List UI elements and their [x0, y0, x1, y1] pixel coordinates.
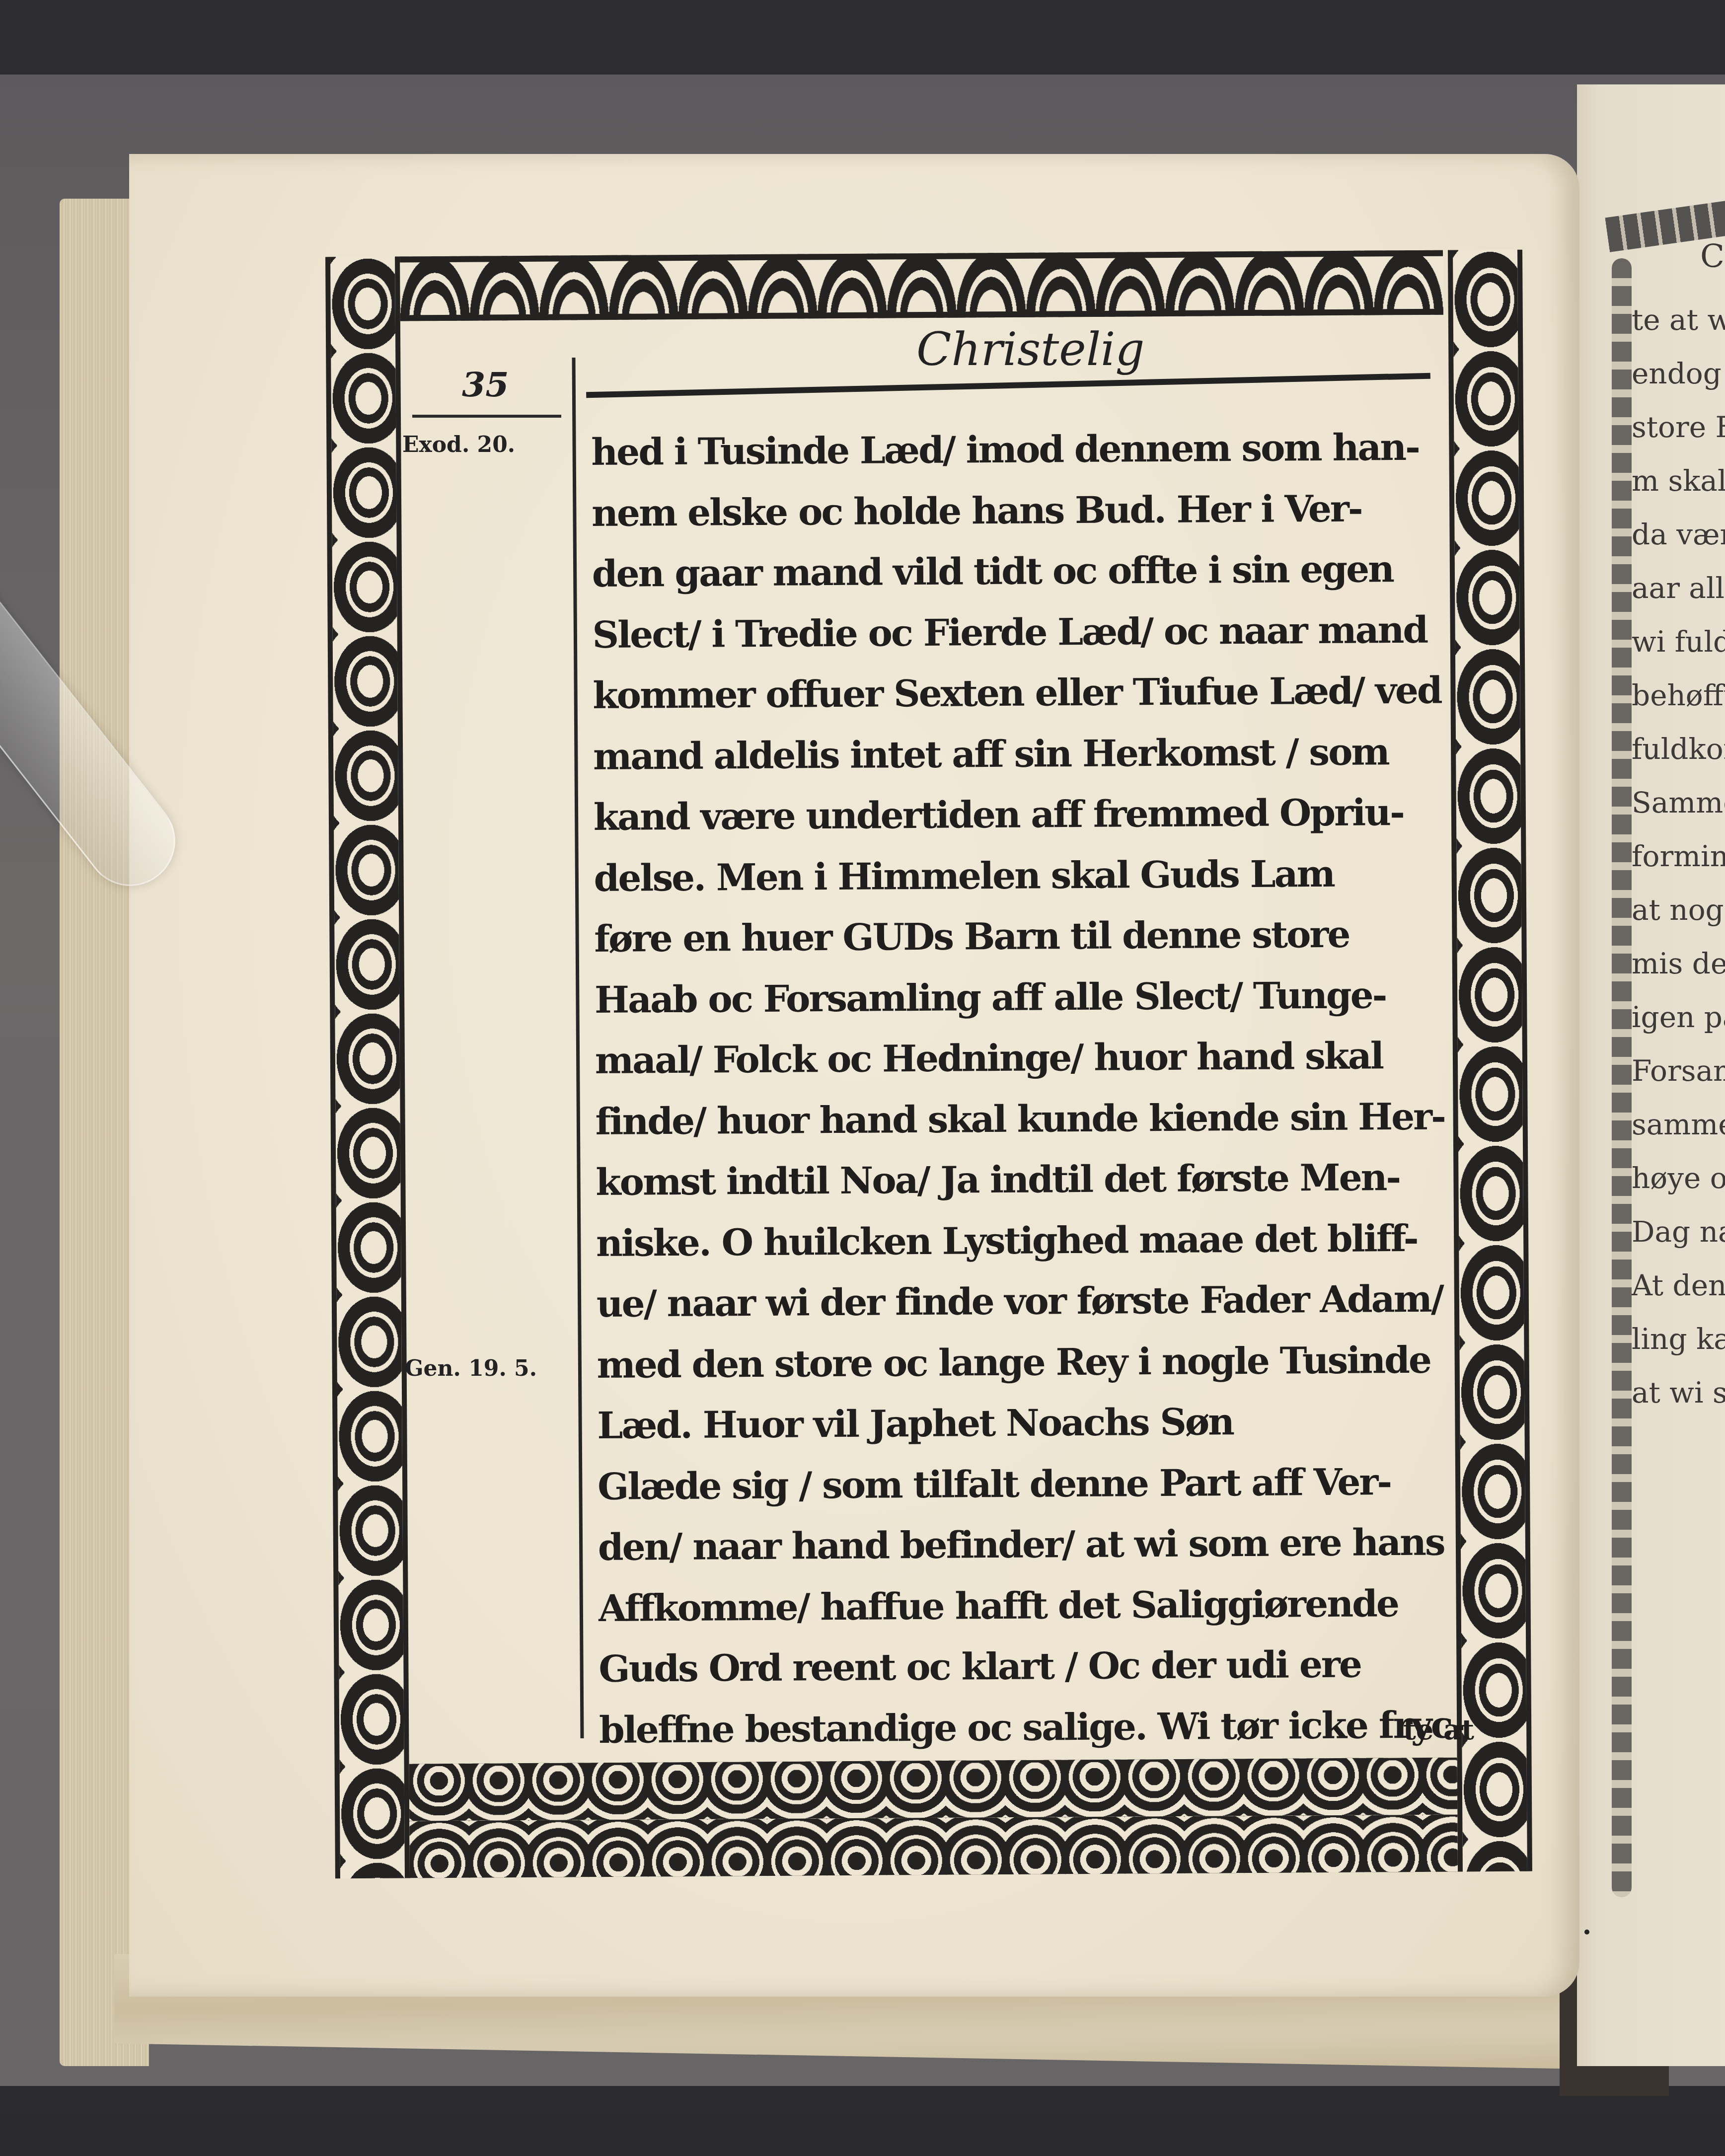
dark-backdrop	[0, 0, 1725, 84]
text-line: hed i Tusinde Læd/ imod dennem som han-	[591, 417, 1456, 483]
right-facing-page: Ch te at wi jo skulle endog wi ere all s…	[1577, 84, 1725, 2066]
text-line: med den store oc lange Rey i nogle Tusin…	[597, 1330, 1461, 1396]
ink-speck	[1584, 1930, 1589, 1934]
text-line: komst indtil Noa/ Ja indtil det første M…	[596, 1147, 1460, 1213]
text-line: den gaar mand vild tidt oc offte i sin e…	[592, 538, 1456, 604]
text-line: Guds Ord reent oc klart / Oc der udi ere	[599, 1634, 1463, 1700]
text-line: niske. O huilcken Lystighed maae det bli…	[596, 1208, 1461, 1274]
ornament-border-left	[325, 256, 410, 1878]
text-line: kand være undertiden aff fremmed Opriu-	[593, 782, 1458, 848]
right-page-running-head: Ch	[1700, 238, 1725, 275]
text-line: nem elske oc holde hans Bud. Her i Ver-	[592, 478, 1456, 544]
right-page-line: Forsamlinge	[1632, 1044, 1725, 1098]
ornament-border-top	[400, 250, 1443, 321]
right-page-line: høye oc he	[1632, 1151, 1725, 1205]
right-page-line: behøffue ingen vi	[1632, 669, 1725, 722]
right-page-line: Samme store Him	[1632, 776, 1725, 829]
body-text: hed i Tusinde Læd/ imod dennem som han- …	[591, 417, 1463, 1761]
right-page-line: store Forsamling	[1632, 400, 1725, 454]
page-number: 35	[462, 365, 509, 405]
text-line: Affkomme/ haffue hafft det Saliggiørende	[598, 1573, 1463, 1639]
text-line: delse. Men i Himmelen skal Guds Lam	[594, 843, 1458, 909]
text-line: føre en huer GUDs Barn til denne store	[594, 903, 1459, 969]
right-page-line: at wi skulle	[1632, 1366, 1725, 1419]
text-line: maal/ Folck oc Hedninge/ huor hand skal	[595, 1025, 1459, 1091]
right-page-line: da være lige som	[1632, 508, 1725, 561]
text-line: Slect/ i Tredie oc Fierde Læd/ oc naar m…	[592, 599, 1457, 666]
right-page-line: mis der fra |	[1632, 937, 1725, 990]
text-line: Haab oc Forsamling aff alle Slect/ Tunge…	[595, 965, 1459, 1031]
catchword: te at	[1403, 1713, 1474, 1746]
right-page-line: At den	[1632, 1259, 1725, 1312]
text-line: kommer offuer Sexten eller Tiufue Læd/ v…	[593, 660, 1457, 726]
marginal-note-genesis: Gen. 19. 5.	[405, 1356, 537, 1381]
text-line: Læd. Huor vil Japhet Noachs Søn	[597, 1390, 1462, 1456]
ornament-border-bottom	[409, 1758, 1458, 1878]
right-page-border-left	[1612, 258, 1632, 1897]
right-page-line: fuldkomne | baa	[1632, 722, 1725, 776]
right-page-line: sammen/ o	[1632, 1098, 1725, 1151]
dark-backdrop-bottom	[0, 2111, 1725, 2156]
right-page-line: endog wi ere all	[1632, 347, 1725, 400]
right-page-line: Dag naar	[1632, 1205, 1725, 1259]
text-line: ue/ naar wi der finde vor første Fader A…	[596, 1268, 1461, 1335]
margin-rule	[412, 415, 561, 418]
text-line: finde/ huor hand skal kunde kiende sin H…	[595, 1086, 1460, 1152]
right-page-line: forminskis/ enten	[1632, 829, 1725, 883]
text-line: Glæde sig / som tilfalt denne Part aff V…	[598, 1451, 1462, 1517]
text-line: den/ naar hand befinder/ at wi som ere h…	[598, 1512, 1462, 1578]
right-page-line: te at wi jo skulle	[1632, 293, 1725, 347]
right-page-line: igen paa visse	[1632, 990, 1725, 1044]
right-page-line: at nogen aff dem	[1632, 883, 1725, 937]
text-line: bleffne bestandige oc salige. Wi tør ick…	[599, 1695, 1464, 1761]
text-line: mand aldelis intet aff sin Herkomst / so…	[593, 721, 1458, 787]
right-page-text: te at wi jo skulle endog wi ere all stor…	[1632, 293, 1725, 1419]
marginal-note-exodus: Exod. 20.	[402, 432, 515, 457]
right-page-line: aar alle Sprock	[1632, 561, 1725, 615]
running-head: Christelig	[916, 323, 1144, 376]
right-page-line: wi fuldkommelig	[1632, 615, 1725, 669]
right-page-line: ling kaldis C	[1632, 1312, 1725, 1366]
right-page-line: m skal jo forstaa	[1632, 454, 1725, 508]
